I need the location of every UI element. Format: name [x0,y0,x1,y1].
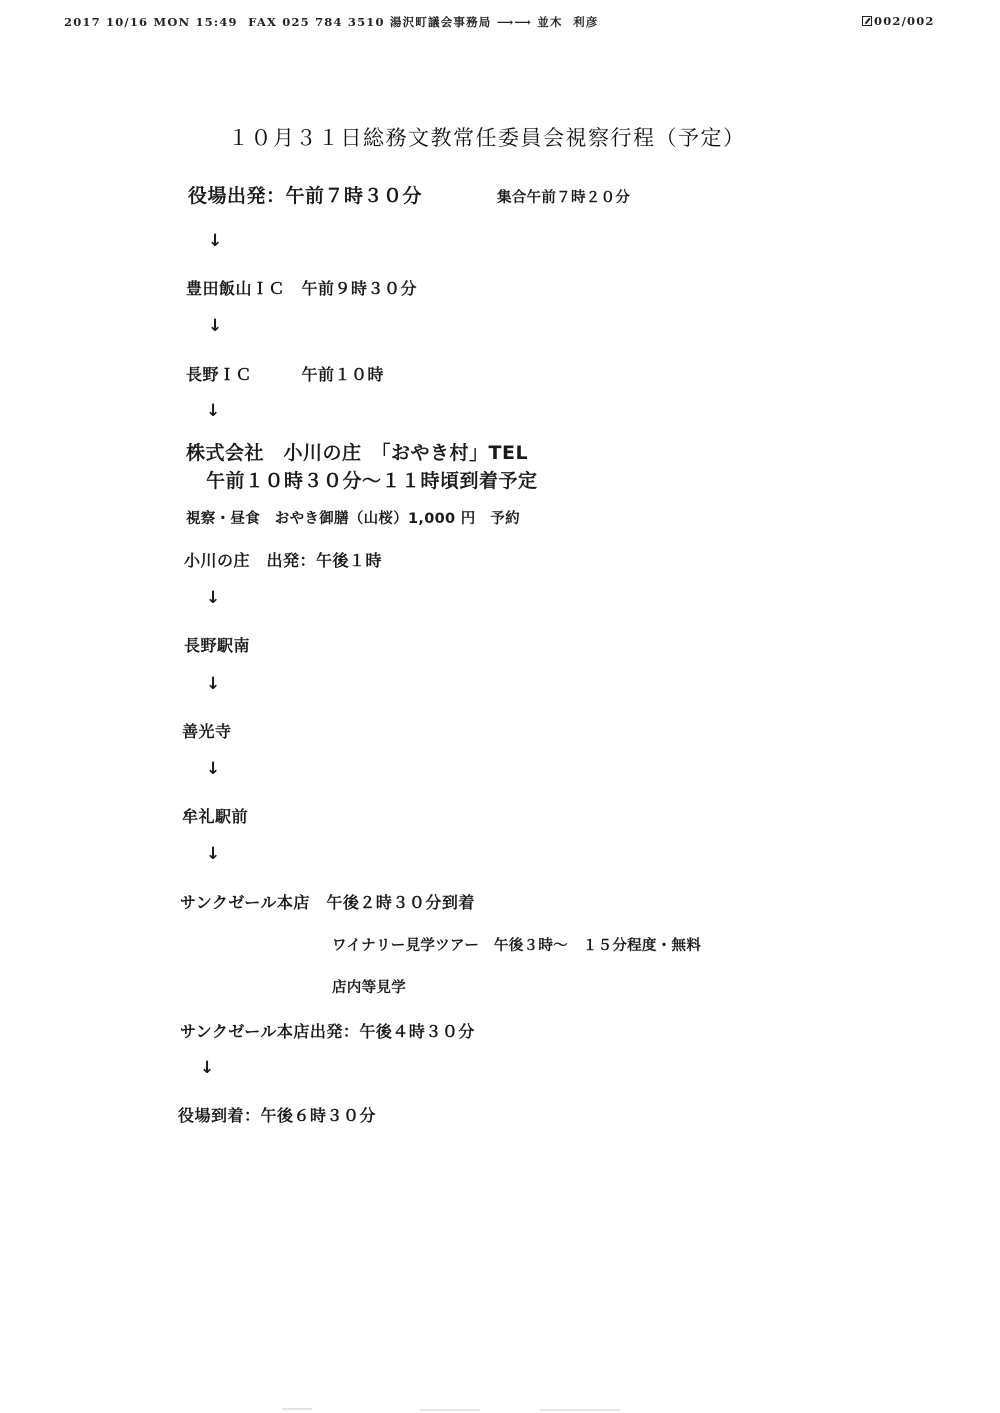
scan-artifact [540,1409,620,1411]
document-title: １０月３１日総務文教常任委員会視察行程（予定） [228,122,746,152]
itinerary-detail-winery-tour: ワイナリー見学ツアー 午後３時～ １５分程度・無料 [332,934,701,955]
down-arrow-icon: ↓ [208,231,222,251]
down-arrow-icon: ↓ [206,844,220,864]
itinerary-stop-st-cousair-departure: サンクゼール本店出発：午後４時３０分 [180,1019,475,1042]
fax-page-counter: 002/002 [862,14,935,28]
itinerary-stop-nagano-station-south: 長野駅南 [184,633,250,656]
itinerary-stop-ogawa-no-sho: 株式会社 小川の庄 「おやき村」TEL [186,438,528,465]
itinerary-return-arrival: 役場到着：午後６時３０分 [178,1103,376,1126]
itinerary-departure: 役場出発：午前７時３０分 [188,181,422,208]
itinerary-stop-mure-station: 牟礼駅前 [182,804,248,827]
down-arrow-icon: ↓ [208,316,222,336]
fax-header-text: 2017 10/16 MON 15:49 FAX 025 784 3510 湯沢… [64,14,599,30]
itinerary-assembly-note: 集合午前７時２０分 [497,186,630,207]
itinerary-stop-zenkoji: 善光寺 [182,719,232,742]
itinerary-stop-st-cousair-arrival: サンクゼール本店 午後２時３０分到着 [180,890,475,913]
down-arrow-icon: ↓ [206,759,220,779]
scan-artifact [282,1408,312,1410]
down-arrow-icon: ↓ [200,1058,214,1078]
itinerary-stop-ogawa-departure: 小川の庄 出発：午後１時 [184,548,382,571]
fax-page-number: 002/002 [874,14,935,28]
fax-page-icon [862,16,872,26]
itinerary-detail-store-visit: 店内等見学 [332,976,406,997]
scan-artifact [420,1409,480,1411]
itinerary-ogawa-arrival-time: 午前１０時３０分～１１時頃到着予定 [206,466,538,493]
down-arrow-icon: ↓ [206,401,220,421]
down-arrow-icon: ↓ [206,588,220,608]
itinerary-stop-toyota-iiyama-ic: 豊田飯山ＩＣ 午前９時３０分 [186,276,417,299]
down-arrow-icon: ↓ [206,674,220,694]
itinerary-stop-nagano-ic: 長野ＩＣ 午前１０時 [186,362,384,385]
itinerary-detail-lunch: 視察・昼食 おやき御膳（山桜）1,000 円 予約 [186,507,520,528]
